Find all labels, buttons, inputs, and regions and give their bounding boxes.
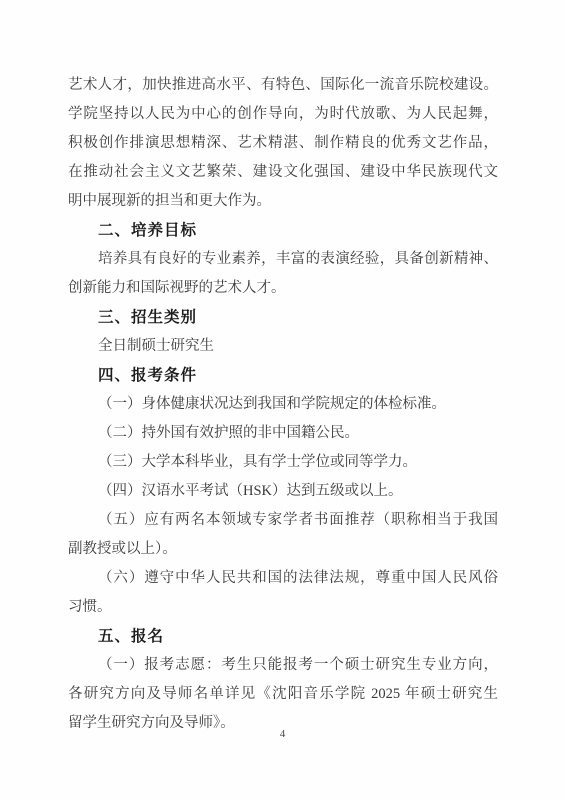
paragraph: （一）身体健康状况达到我国和学院规定的体检标准。	[68, 390, 498, 419]
text-line: 积极创作排演思想精深、艺术精湛、制作精良的优秀文艺作品，	[68, 129, 498, 158]
text-line: （四）汉语水平考试（HSK）达到五级或以上。	[68, 477, 498, 506]
text-line: （一）身体健康状况达到我国和学院规定的体检标准。	[68, 390, 498, 419]
paragraph: 艺术人才，加快推进高水平、有特色、国际化一流音乐院校建设。学院坚持以人民为中心的…	[68, 71, 498, 216]
document-page: 艺术人才，加快推进高水平、有特色、国际化一流音乐院校建设。学院坚持以人民为中心的…	[0, 0, 565, 800]
text-line: （一）报考志愿：考生只能报考一个硕士研究生专业方向，	[68, 651, 498, 680]
text-line: 创新能力和国际视野的艺术人才。	[68, 274, 498, 303]
text-line: 副教授或以上）。	[68, 535, 498, 564]
text-line: （三）大学本科毕业，具有学士学位或同等学力。	[68, 448, 498, 477]
text-line: （六）遵守中华人民共和国的法律法规，尊重中国人民风俗	[68, 564, 498, 593]
text-line: 在推动社会主义文艺繁荣、建设文化强国、建设中华民族现代文	[68, 158, 498, 187]
section-heading: 四、报考条件	[68, 361, 498, 390]
paragraph: 全日制硕士研究生	[68, 332, 498, 361]
text-line: 艺术人才，加快推进高水平、有特色、国际化一流音乐院校建设。	[68, 71, 498, 100]
text-line: 全日制硕士研究生	[68, 332, 498, 361]
section-heading: 五、报名	[68, 622, 498, 651]
paragraph: （四）汉语水平考试（HSK）达到五级或以上。	[68, 477, 498, 506]
document-body: 艺术人才，加快推进高水平、有特色、国际化一流音乐院校建设。学院坚持以人民为中心的…	[68, 71, 498, 738]
text-line: （五）应有两名本领域专家学者书面推荐（职称相当于我国	[68, 506, 498, 535]
page-number: 4	[0, 728, 565, 740]
text-line: 学院坚持以人民为中心的创作导向，为时代放歌、为人民起舞，	[68, 100, 498, 129]
section-heading: 三、招生类别	[68, 303, 498, 332]
paragraph: （二）持外国有效护照的非中国籍公民。	[68, 419, 498, 448]
text-line: 各研究方向及导师名单详见《沈阳音乐学院 2025 年硕士研究生	[68, 680, 498, 709]
paragraph: （三）大学本科毕业，具有学士学位或同等学力。	[68, 448, 498, 477]
text-line: 习惯。	[68, 593, 498, 622]
paragraph: （六）遵守中华人民共和国的法律法规，尊重中国人民风俗习惯。	[68, 564, 498, 622]
text-line: （二）持外国有效护照的非中国籍公民。	[68, 419, 498, 448]
paragraph: （五）应有两名本领域专家学者书面推荐（职称相当于我国副教授或以上）。	[68, 506, 498, 564]
text-line: 明中展现新的担当和更大作为。	[68, 187, 498, 216]
paragraph: （一）报考志愿：考生只能报考一个硕士研究生专业方向，各研究方向及导师名单详见《沈…	[68, 651, 498, 738]
section-heading: 二、培养目标	[68, 216, 498, 245]
text-line: 培养具有良好的专业素养，丰富的表演经验，具备创新精神、	[68, 245, 498, 274]
paragraph: 培养具有良好的专业素养，丰富的表演经验，具备创新精神、创新能力和国际视野的艺术人…	[68, 245, 498, 303]
